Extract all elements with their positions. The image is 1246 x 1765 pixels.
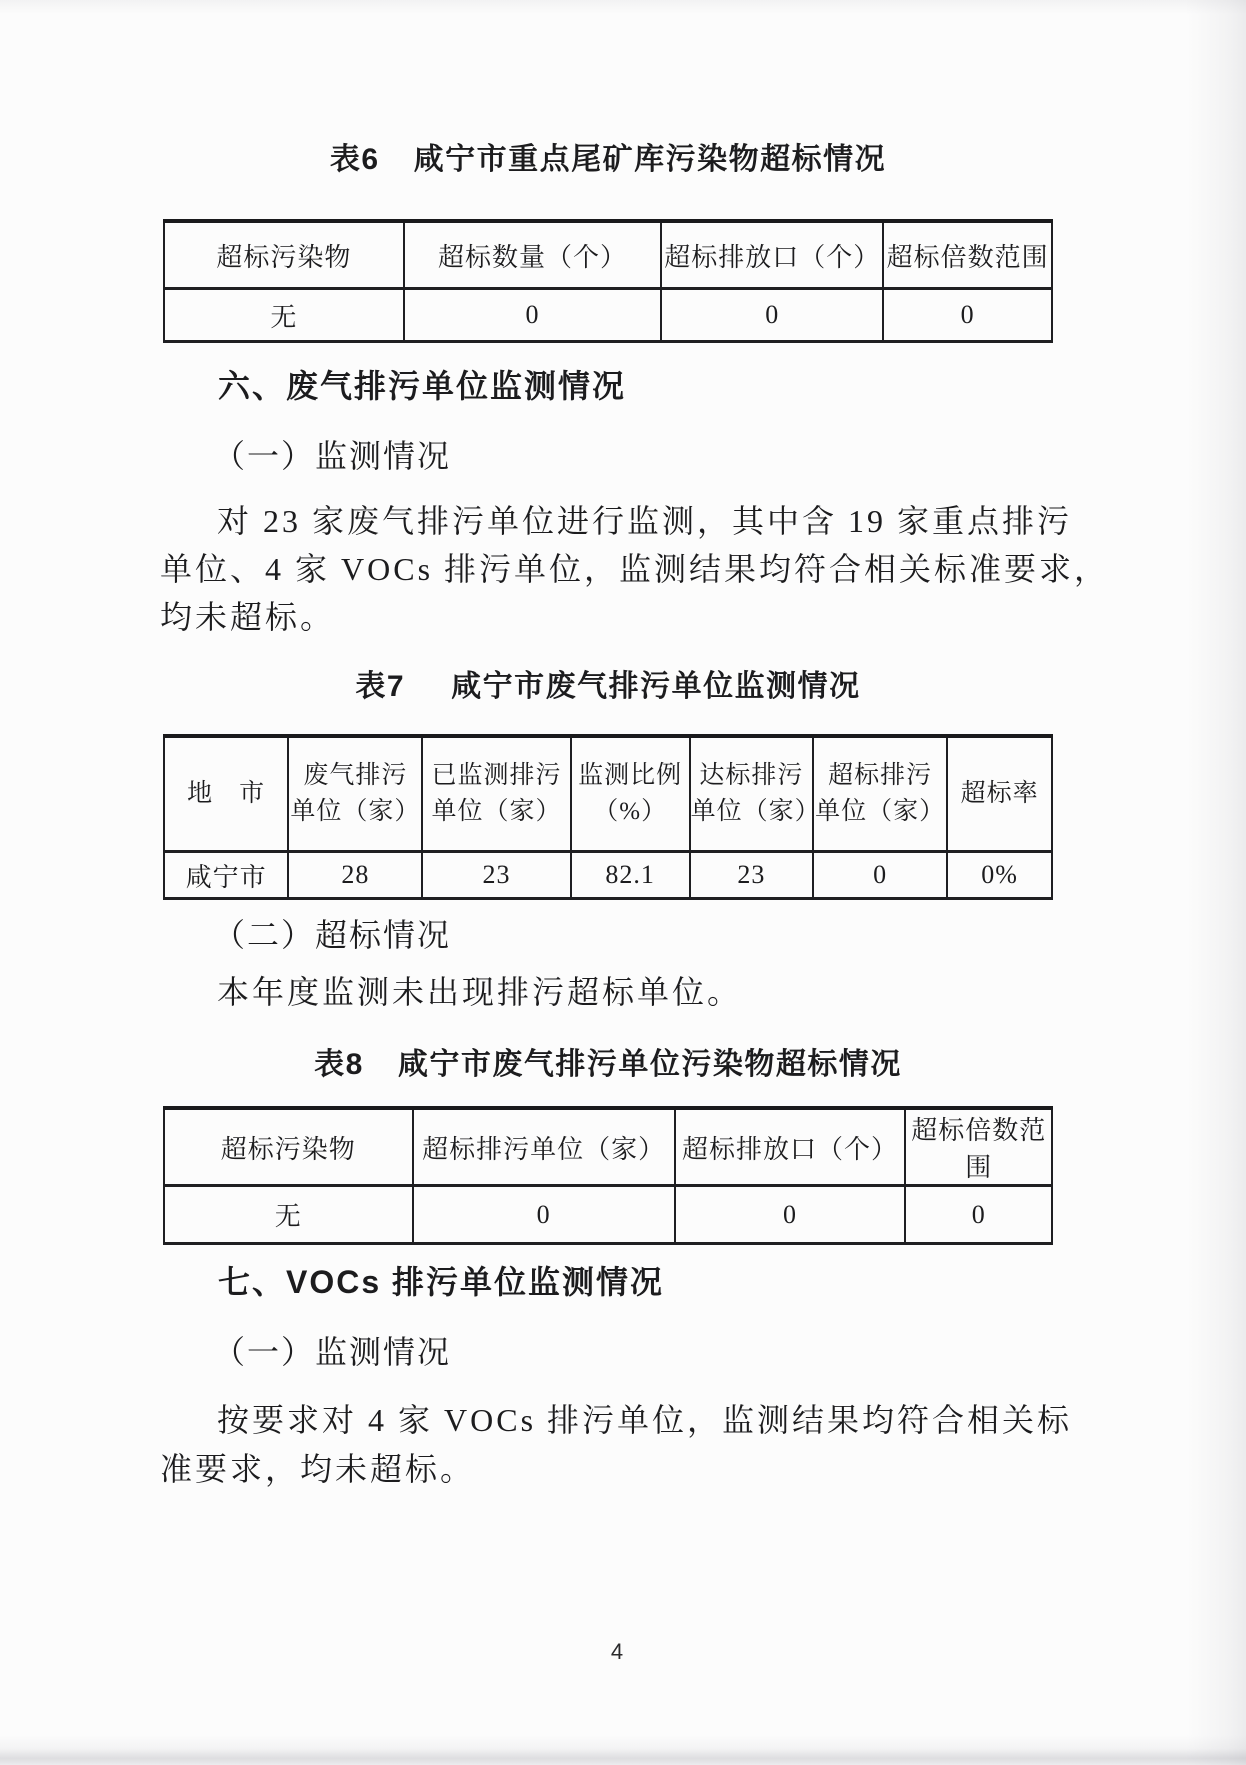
table6-data-cell: 0 xyxy=(661,289,883,342)
table7: 地 市 废气排污 单位（家） 已监测排污 单位（家） 监测比例 （%） 达标排污… xyxy=(163,734,1053,900)
table6-data-cell: 0 xyxy=(883,289,1052,342)
table8-header-cell: 超标排污单位（家） xyxy=(413,1108,675,1186)
table7-data-row: 咸宁市 28 23 82.1 23 0 0% xyxy=(164,852,1052,899)
table8-header-cell: 超标排放口（个） xyxy=(675,1108,906,1186)
table8: 超标污染物 超标排污单位（家） 超标排放口（个） 超标倍数范围 无 0 0 0 xyxy=(163,1106,1053,1245)
table6-data-row: 无 0 0 0 xyxy=(164,289,1052,342)
table7-data-cell: 23 xyxy=(690,852,813,899)
table7-title: 表7咸宁市废气排污单位监测情况 xyxy=(163,670,1053,704)
table7-data-cell: 82.1 xyxy=(571,852,690,899)
paragraph-line: 准要求，均未超标。 xyxy=(160,1445,1060,1494)
table8-data-row: 无 0 0 0 xyxy=(164,1186,1052,1244)
paragraph-line: 对 23 家废气排污单位进行监测，其中含 19 家重点排污 xyxy=(160,497,1060,545)
table6-header-cell: 超标污染物 xyxy=(164,221,404,289)
table6-title-text: 咸宁市重点尾矿库污染物超标情况 xyxy=(414,143,887,176)
section6-subheading-2: （二）超标情况 xyxy=(213,916,451,954)
table7-data-cell: 咸宁市 xyxy=(164,852,288,899)
paragraph-line: 单位、4 家 VOCs 排污单位，监测结果均符合相关标准要求， xyxy=(160,545,1060,593)
table7-header-row: 地 市 废气排污 单位（家） 已监测排污 单位（家） 监测比例 （%） 达标排污… xyxy=(164,736,1052,852)
table7-data-cell: 23 xyxy=(422,852,570,899)
table7-title-text: 咸宁市废气排污单位监测情况 xyxy=(451,670,861,703)
table8-data-cell: 无 xyxy=(164,1186,413,1244)
table7-header-cell: 监测比例 （%） xyxy=(571,736,690,852)
section6-paragraph-1: 对 23 家废气排污单位进行监测，其中含 19 家重点排污 单位、4 家 VOC… xyxy=(160,497,1060,641)
table7-data-cell: 0 xyxy=(813,852,947,899)
table7-data-cell: 28 xyxy=(288,852,422,899)
table8-header-row: 超标污染物 超标排污单位（家） 超标排放口（个） 超标倍数范围 xyxy=(164,1108,1052,1186)
paragraph-line: 按要求对 4 家 VOCs 排污单位，监测结果均符合相关标 xyxy=(160,1396,1060,1445)
scan-artifact-right-edge xyxy=(1186,0,1246,1765)
table6-label: 表6 xyxy=(330,143,380,176)
table8-header-cell: 超标倍数范围 xyxy=(905,1108,1052,1186)
table8-data-cell: 0 xyxy=(675,1186,906,1244)
table8-label: 表8 xyxy=(314,1048,364,1081)
table8-title-text: 咸宁市废气排污单位污染物超标情况 xyxy=(398,1048,902,1081)
table6: 超标污染物 超标数量（个） 超标排放口（个） 超标倍数范围 无 0 0 0 xyxy=(163,219,1053,343)
table7-header-cell: 地 市 xyxy=(164,736,288,852)
table6-header-cell: 超标排放口（个） xyxy=(661,221,883,289)
table7-label: 表7 xyxy=(355,670,405,703)
table7-header-cell: 已监测排污 单位（家） xyxy=(422,736,570,852)
section7-paragraph-1: 按要求对 4 家 VOCs 排污单位，监测结果均符合相关标 准要求，均未超标。 xyxy=(160,1396,1060,1494)
table8-title: 表8咸宁市废气排污单位污染物超标情况 xyxy=(163,1048,1053,1082)
section7-subheading-1: （一）监测情况 xyxy=(213,1333,451,1371)
table7-header-cell: 废气排污 单位（家） xyxy=(288,736,422,852)
table6-data-cell: 0 xyxy=(404,289,662,342)
section6-paragraph-2: 本年度监测未出现排污超标单位。 xyxy=(160,968,1060,1016)
table7-header-cell: 达标排污 单位（家） xyxy=(690,736,813,852)
table6-data-cell: 无 xyxy=(164,289,404,342)
table7-header-cell: 超标排污 单位（家） xyxy=(813,736,947,852)
paragraph-line: 本年度监测未出现排污超标单位。 xyxy=(160,968,1060,1016)
table6-header-row: 超标污染物 超标数量（个） 超标排放口（个） 超标倍数范围 xyxy=(164,221,1052,289)
table6-header-cell: 超标数量（个） xyxy=(404,221,662,289)
table8-data-cell: 0 xyxy=(905,1186,1052,1244)
scan-artifact-top-edge xyxy=(0,0,1246,14)
scanned-document-page: 表6咸宁市重点尾矿库污染物超标情况 超标污染物 超标数量（个） 超标排放口（个）… xyxy=(0,0,1246,1765)
page-number: 4 xyxy=(0,1639,1234,1665)
table6-header-cell: 超标倍数范围 xyxy=(883,221,1052,289)
section7-heading: 七、VOCs 排污单位监测情况 xyxy=(218,1262,664,1302)
table6-title: 表6咸宁市重点尾矿库污染物超标情况 xyxy=(163,143,1053,177)
table7-data-cell: 0% xyxy=(947,852,1052,899)
table8-data-cell: 0 xyxy=(413,1186,675,1244)
table8-header-cell: 超标污染物 xyxy=(164,1108,413,1186)
section6-heading: 六、废气排污单位监测情况 xyxy=(218,366,626,406)
section6-subheading-1: （一）监测情况 xyxy=(213,437,451,475)
table7-header-cell: 超标率 xyxy=(947,736,1052,852)
paragraph-line: 均未超标。 xyxy=(160,593,1060,641)
scan-artifact-bottom-edge xyxy=(0,1735,1246,1765)
